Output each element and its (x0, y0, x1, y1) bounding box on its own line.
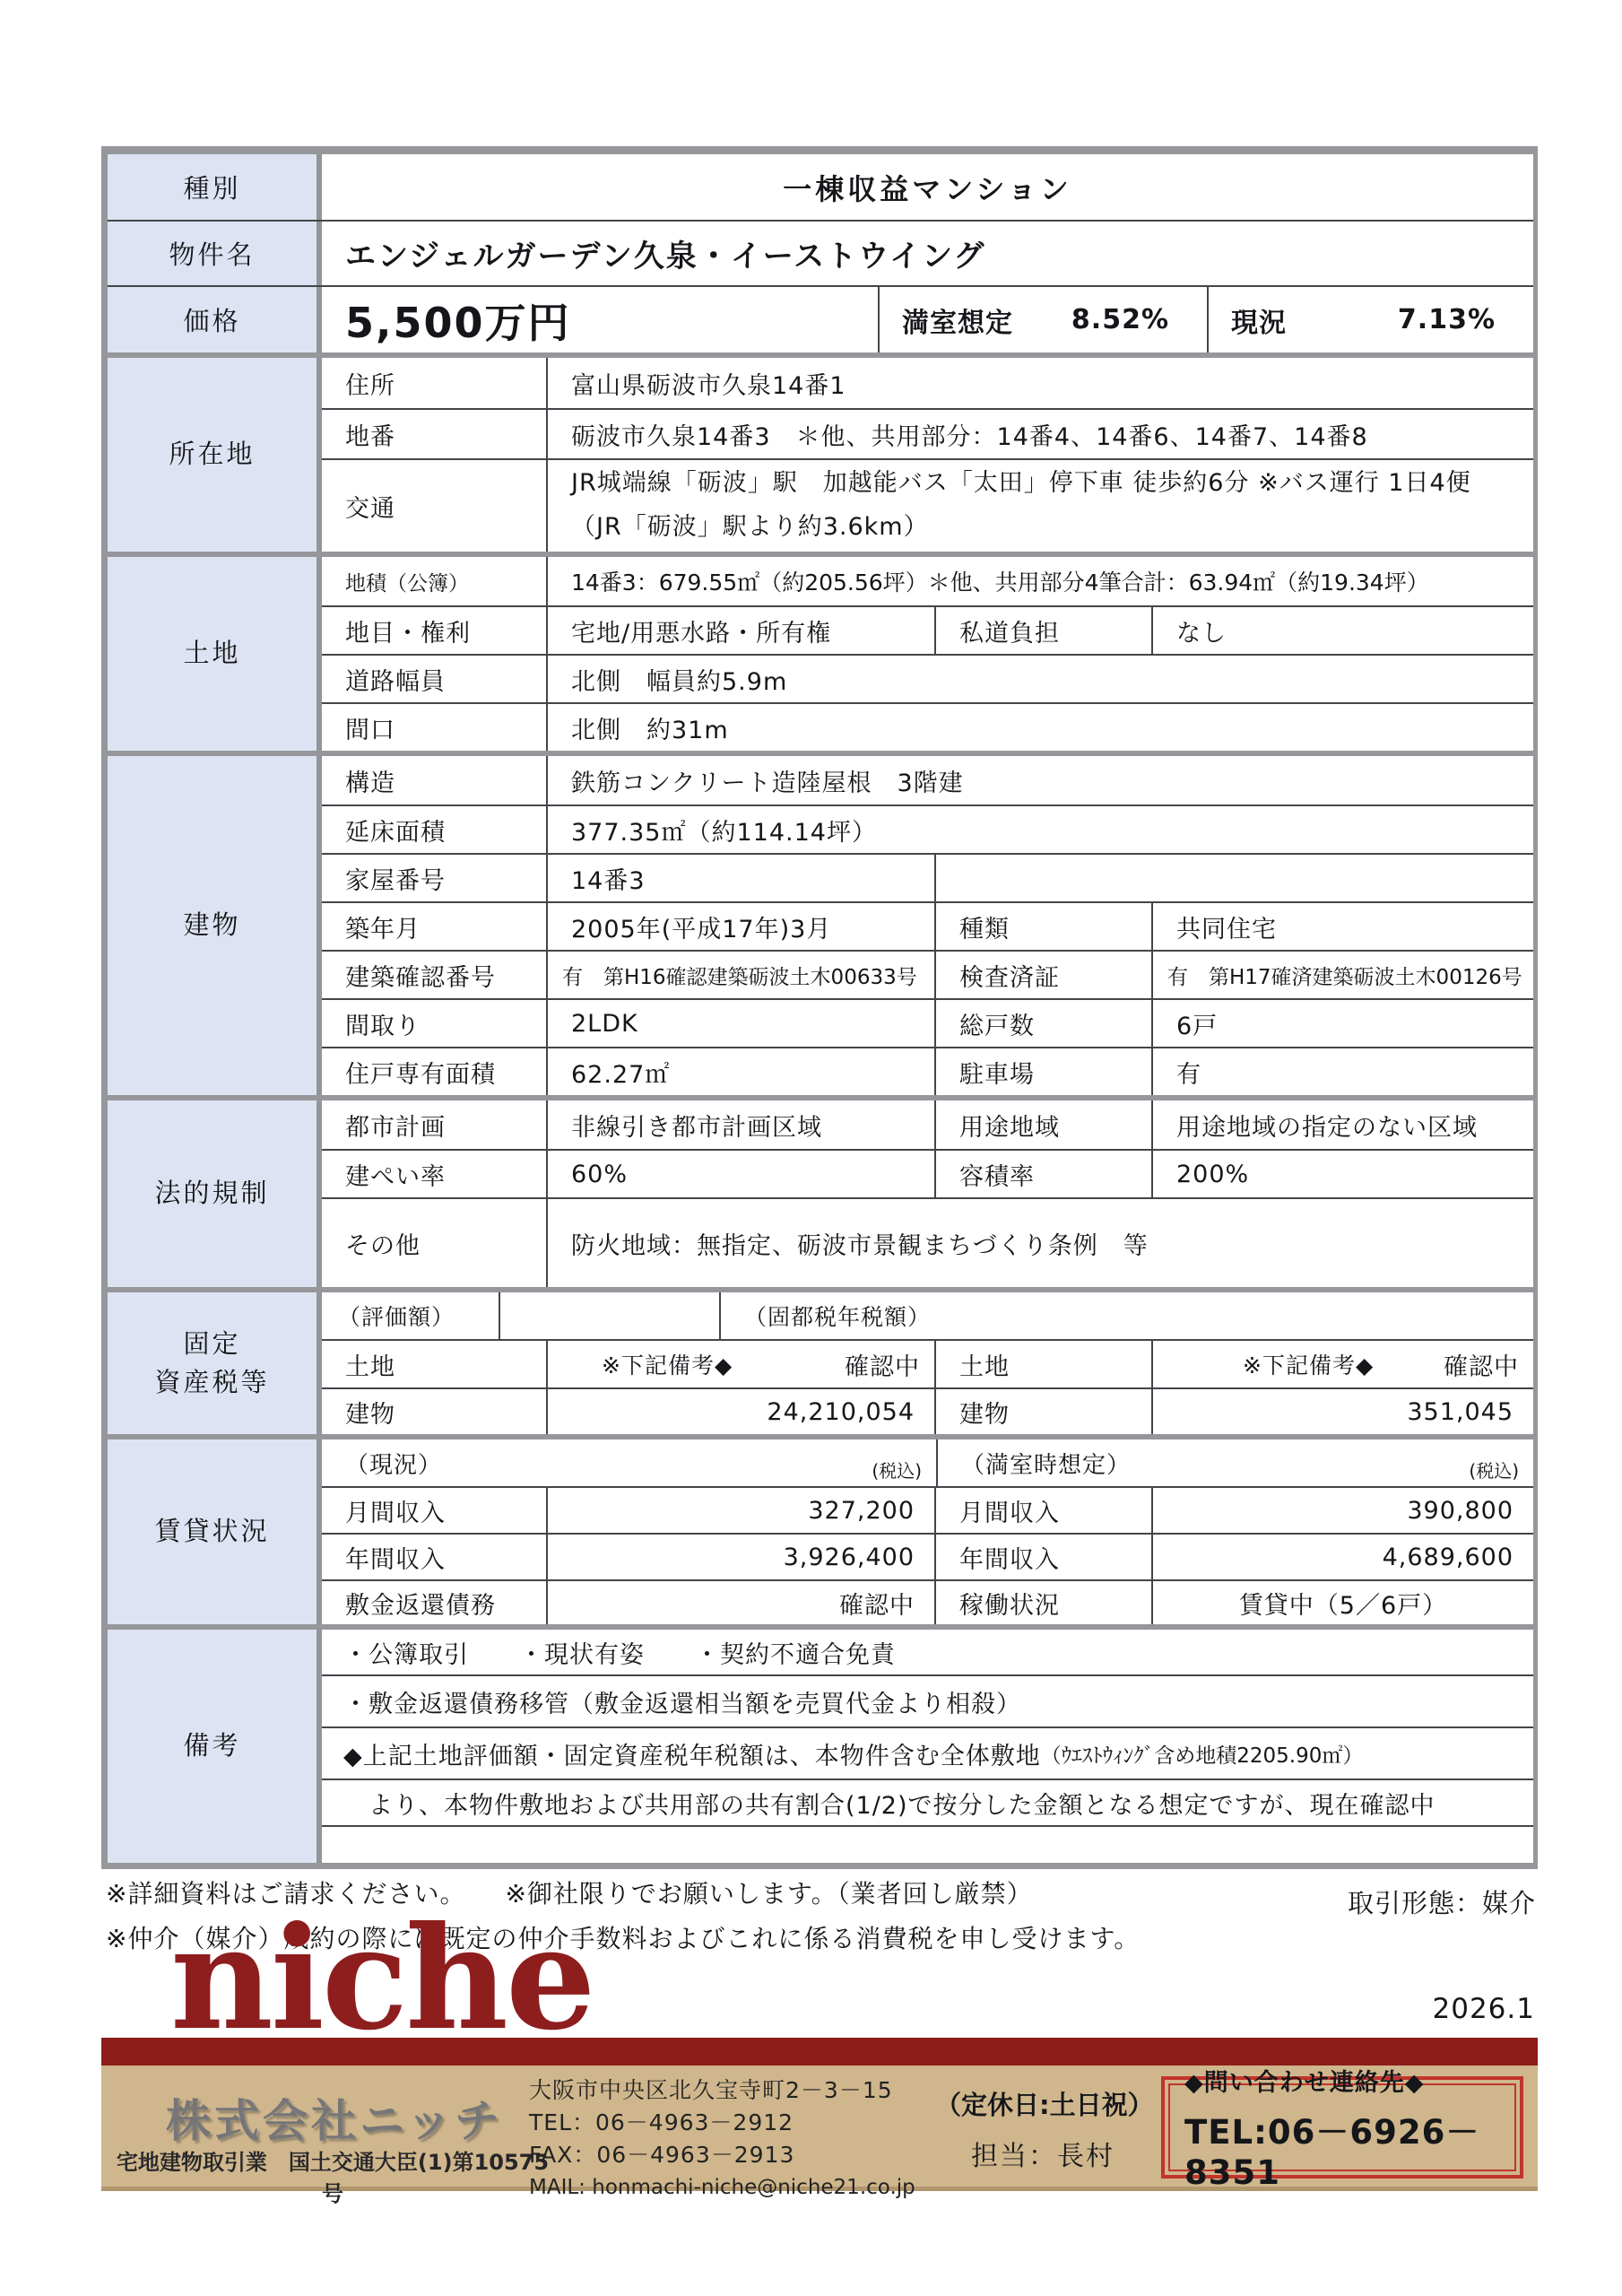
land-section-label: 土地 (108, 557, 322, 751)
land-area-label: 地積（公簿） (322, 557, 546, 605)
units-value: 6戸 (1151, 1000, 1533, 1047)
annual-income-label: 年間収入 (322, 1535, 546, 1579)
rent-current-header-cell: （現況） (税込) (322, 1439, 936, 1486)
company-contact-block: 大阪市中央区北久宝寺町2－3－15 TEL：06－4963－2912 FAX：0… (529, 2074, 915, 2204)
inquiry-title: ◆問い合わせ連絡先◆ (1184, 2063, 1500, 2098)
tax-label-line2: 資産税等 (154, 1363, 269, 1403)
remarks-empty (322, 1827, 1533, 1863)
permit-value: 有 第H16確認建築砺波土木00633号 (546, 952, 934, 998)
legal-other-label: その他 (322, 1199, 546, 1287)
frontage-value: 北側 約31m (546, 704, 1533, 751)
assessed-header: （評価額） (322, 1292, 499, 1339)
zoning-value: 用途地域の指定のない区域 (1151, 1100, 1533, 1149)
inquiry-tel: TEL:06－6926－8351 (1184, 2105, 1500, 2192)
zoning-label: 用途地域 (934, 1100, 1151, 1149)
rent-full-tax-note: (税込) (1469, 1457, 1519, 1483)
assessed-gap (499, 1292, 719, 1339)
row-road-width: 道路幅員 北側 幅員約5.9m (322, 654, 1533, 702)
remarks-row-empty (322, 1825, 1533, 1863)
rent-rows: （現況） (税込) （満室時想定） (税込) 月間収入 327,200 月間収入… (322, 1439, 1533, 1624)
tax-land2-label: 土地 (934, 1341, 1151, 1387)
unit-area-value: 62.27㎡ (546, 1048, 934, 1095)
unit-area-label: 住戸専有面積 (322, 1048, 546, 1095)
row-house-number: 家屋番号 14番3 (322, 853, 1533, 901)
company-tel: TEL：06－4963－2912 (529, 2107, 915, 2139)
company-license: 宅地建物取引業 国土交通大臣(1)第10575号 (108, 2144, 557, 2207)
row-legal-other: その他 防火地域：無指定、砺波市景観まちづくり条例 等 (322, 1197, 1533, 1287)
price-value: 5,500万円 (322, 287, 878, 352)
access-label: 交通 (322, 460, 546, 552)
coverage-label: 建ぺい率 (322, 1151, 546, 1197)
tax-land-cell: ※下記備考◆ 確認中 (546, 1341, 934, 1387)
annual-income-current: 3,926,400 (546, 1535, 934, 1579)
monthly-income-full: 390,800 (1151, 1488, 1533, 1533)
row-lot-number: 地番 砺波市久泉14番3 ＊他、共用部分：14番4、14番6、14番7、14番8 (322, 408, 1533, 458)
row-floor-area: 延床面積 377.35㎡（約114.14坪） (322, 804, 1533, 853)
structure-label: 構造 (322, 756, 546, 804)
section-land: 土地 地積（公簿） 14番3：679.55㎡（約205.56坪）＊他、共用部分4… (108, 552, 1533, 751)
tax-land2-cell: ※下記備考◆ 確認中 (1151, 1341, 1533, 1387)
monthly-income-current: 327,200 (546, 1488, 934, 1533)
frontage-label: 間口 (322, 704, 546, 751)
private-road-value: なし (1151, 607, 1533, 654)
row-city-plan: 都市計画 非線引き都市計画区域 用途地域 用途地域の指定のない区域 (322, 1100, 1533, 1149)
row-type: 種別 一棟収益マンション (108, 154, 1533, 220)
building-rows: 構造 鉄筋コンクリート造陸屋根 3階建 延床面積 377.35㎡（約114.14… (322, 756, 1533, 1095)
layout-label: 間取り (322, 1000, 546, 1047)
section-building: 建物 構造 鉄筋コンクリート造陸屋根 3階建 延床面積 377.35㎡（約114… (108, 751, 1533, 1095)
yield-current-value: 7.13% (1398, 304, 1496, 335)
inspection-label: 検査済証 (934, 952, 1151, 998)
inquiry-box: ◆問い合わせ連絡先◆ TEL:06－6926－8351 (1161, 2076, 1523, 2179)
floor-area-value: 377.35㎡（約114.14坪） (546, 806, 1533, 853)
rent-current-tax-note: (税込) (872, 1457, 922, 1483)
far-value: 200% (1151, 1151, 1533, 1197)
row-rent-header: （現況） (税込) （満室時想定） (税込) (322, 1439, 1533, 1486)
row-coverage: 建ぺい率 60% 容積率 200% (322, 1149, 1533, 1197)
price-label: 価格 (108, 287, 322, 352)
row-access: 交通 JR城端線「砺波」駅 加越能バス「太田」停下車 徒歩約6分 ※バス運行 1… (322, 458, 1533, 552)
land-rows: 地積（公簿） 14番3：679.55㎡（約205.56坪）＊他、共用部分4筆合計… (322, 557, 1533, 751)
kind-label: 種類 (934, 903, 1151, 950)
address-label: 住所 (322, 358, 546, 408)
far-label: 容積率 (934, 1151, 1151, 1197)
remarks-rows: ・公簿取引 ・現状有姿 ・契約不適合免責 ・敷金返還債務移管（敷金返還相当額を売… (322, 1630, 1533, 1863)
structure-value: 鉄筋コンクリート造陸屋根 3階建 (546, 756, 1533, 804)
location-rows: 住所 富山県砺波市久泉14番1 地番 砺波市久泉14番3 ＊他、共用部分：14番… (322, 358, 1533, 552)
document-date: 2026.1 (1433, 1993, 1535, 2025)
tax-section-label: 固定 資産税等 (108, 1292, 322, 1434)
property-flyer-page: 種別 一棟収益マンション 物件名 エンジェルガーデン久泉・イーストウイング 価格… (0, 0, 1622, 2296)
section-rent: 賃貸状況 （現況） (税込) （満室時想定） (税込) 月間収入 327,200… (108, 1434, 1533, 1624)
row-monthly-income: 月間収入 327,200 月間収入 390,800 (322, 1486, 1533, 1533)
annual-income-full: 4,689,600 (1151, 1535, 1533, 1579)
city-plan-label: 都市計画 (322, 1100, 546, 1149)
tax-land2-note: ※下記備考◆ (1243, 1348, 1374, 1380)
footer-red-bar (101, 2038, 1538, 2066)
address-value: 富山県砺波市久泉14番1 (546, 358, 1533, 408)
land-category-value: 宅地/用悪水路・所有権 (546, 607, 934, 654)
tax-land-value: 確認中 (845, 1347, 920, 1382)
row-deposit: 敷金返還債務 確認中 稼働状況 賃貸中（5／6戸） (322, 1579, 1533, 1624)
road-width-label: 道路幅員 (322, 656, 546, 702)
location-section-label: 所在地 (108, 358, 322, 552)
remarks-line4: より、本物件敷地および共用部の共有割合(1/2)で按分した金額となる想定ですが、… (322, 1780, 1533, 1825)
yield-current-label: 現況 (1231, 300, 1287, 340)
transaction-type: 取引形態：媒介 (1348, 1883, 1536, 1920)
built-label: 築年月 (322, 903, 546, 950)
rent-full-header: （満室時想定） (961, 1447, 1131, 1480)
remarks-row-1: ・公簿取引 ・現状有姿 ・契約不適合免責 (322, 1630, 1533, 1674)
yield-full-value: 8.52% (1071, 304, 1169, 335)
tax-building-value: 24,210,054 (546, 1389, 934, 1434)
access-line2: （JR「砺波」駅より約3.6km） (571, 506, 929, 550)
section-tax: 固定 資産税等 （評価額） （固都税年税額） 土地 ※下記備考◆ 確認中 土地 (108, 1287, 1533, 1434)
permit-label: 建築確認番号 (322, 952, 546, 998)
legal-other-value: 防火地域：無指定、砺波市景観まちづくり条例 等 (546, 1199, 1533, 1287)
row-built: 築年月 2005年(平成17年)3月 種類 共同住宅 (322, 901, 1533, 950)
lot-label: 地番 (322, 410, 546, 458)
remarks-row-3: ◆上記土地評価額・固定資産税年税額は、本物件含む全体敷地 （ｳｴｽﾄｳｨﾝｸﾞ含… (322, 1726, 1533, 1779)
land-area-value: 14番3：679.55㎡（約205.56坪）＊他、共用部分4筆合計：63.94㎡… (546, 557, 1533, 605)
remarks-row-2: ・敷金返還債務移管（敷金返還相当額を売買代金より相殺） (322, 1674, 1533, 1726)
name-value: エンジェルガーデン久泉・イーストウイング (322, 222, 1533, 285)
tax-building2-label: 建物 (934, 1389, 1151, 1434)
access-line1: JR城端線「砺波」駅 加越能バス「太田」停下車 徒歩約6分 ※バス運行 1日4便 (571, 462, 1471, 506)
company-holiday: （定休日:土日祝） (935, 2085, 1150, 2122)
remarks-line3-main: ◆上記土地評価額・固定資産税年税額は、本物件含む全体敷地 (343, 1736, 1041, 1771)
tax-building-label: 建物 (322, 1389, 546, 1434)
deposit-value: 確認中 (546, 1581, 934, 1624)
lot-value: 砺波市久泉14番3 ＊他、共用部分：14番4、14番6、14番7、14番8 (546, 410, 1533, 458)
summary-rows: 種別 一棟収益マンション 物件名 エンジェルガーデン久泉・イーストウイング 価格… (108, 154, 1533, 352)
company-address: 大阪市中央区北久宝寺町2－3－15 (529, 2074, 915, 2107)
road-width-value: 北側 幅員約5.9m (546, 656, 1533, 702)
house-number-empty (934, 855, 1533, 901)
property-table: 種別 一棟収益マンション 物件名 エンジェルガーデン久泉・イーストウイング 価格… (101, 146, 1538, 1869)
section-location: 所在地 住所 富山県砺波市久泉14番1 地番 砺波市久泉14番3 ＊他、共用部分… (108, 352, 1533, 552)
monthly-income-full-label: 月間収入 (934, 1488, 1151, 1533)
row-land-area: 地積（公簿） 14番3：679.55㎡（約205.56坪）＊他、共用部分4筆合計… (322, 557, 1533, 605)
access-value: JR城端線「砺波」駅 加越能バス「太田」停下車 徒歩約6分 ※バス運行 1日4便… (546, 460, 1533, 552)
yield-full-cell: 満室想定 8.52% (878, 287, 1207, 352)
occupancy-label: 稼働状況 (934, 1581, 1151, 1624)
floor-area-label: 延床面積 (322, 806, 546, 853)
section-legal: 法的規制 都市計画 非線引き都市計画区域 用途地域 用途地域の指定のない区域 建… (108, 1095, 1533, 1287)
inspection-value: 有 第H17確済建築砺波土木00126号 (1151, 952, 1533, 998)
row-address: 住所 富山県砺波市久泉14番1 (322, 358, 1533, 408)
row-tax-header: （評価額） （固都税年税額） (322, 1292, 1533, 1339)
row-tax-land: 土地 ※下記備考◆ 確認中 土地 ※下記備考◆ 確認中 (322, 1339, 1533, 1387)
tax-building2-value: 351,045 (1151, 1389, 1533, 1434)
niche-logo: niche (170, 1909, 594, 2050)
annual-tax-header: （固都税年税額） (719, 1292, 1533, 1339)
building-section-label: 建物 (108, 756, 322, 1095)
parking-label: 駐車場 (934, 1048, 1151, 1095)
kind-value: 共同住宅 (1151, 903, 1533, 950)
parking-value: 有 (1151, 1048, 1533, 1095)
tax-rows: （評価額） （固都税年税額） 土地 ※下記備考◆ 確認中 土地 ※下記備考◆ 確… (322, 1292, 1533, 1434)
remarks-section-label: 備考 (108, 1630, 322, 1863)
rent-section-label: 賃貸状況 (108, 1439, 322, 1624)
row-layout: 間取り 2LDK 総戸数 6戸 (322, 998, 1533, 1047)
row-price: 価格 5,500万円 満室想定 8.52% 現況 7.13% (108, 285, 1533, 352)
inquiry-box-inner: ◆問い合わせ連絡先◆ TEL:06－6926－8351 (1168, 2083, 1516, 2171)
tax-land-note: ※下記備考◆ (602, 1348, 733, 1380)
occupancy-value: 賃貸中（5／6戸） (1151, 1581, 1533, 1624)
remarks-line1: ・公簿取引 ・現状有姿 ・契約不適合免責 (322, 1630, 1533, 1674)
row-annual-income: 年間収入 3,926,400 年間収入 4,689,600 (322, 1533, 1533, 1579)
remarks-line3: ◆上記土地評価額・固定資産税年税額は、本物件含む全体敷地 （ｳｴｽﾄｳｨﾝｸﾞ含… (322, 1728, 1533, 1779)
yield-current-cell: 現況 7.13% (1207, 287, 1533, 352)
tax-land2-value: 確認中 (1444, 1347, 1519, 1382)
row-frontage: 間口 北側 約31m (322, 702, 1533, 751)
row-permit: 建築確認番号 有 第H16確認建築砺波土木00633号 検査済証 有 第H17確… (322, 950, 1533, 998)
tax-land-label: 土地 (322, 1341, 546, 1387)
legal-section-label: 法的規制 (108, 1100, 322, 1287)
row-unit-area: 住戸専有面積 62.27㎡ 駐車場 有 (322, 1047, 1533, 1095)
units-label: 総戸数 (934, 1000, 1151, 1047)
type-value: 一棟収益マンション (322, 154, 1533, 220)
coverage-value: 60% (546, 1151, 934, 1197)
remarks-line3-sub: （ｳｴｽﾄｳｨﾝｸﾞ含め地積2205.90㎡） (1041, 1739, 1364, 1769)
house-number-label: 家屋番号 (322, 855, 546, 901)
footer-company-band: 株式会社ニッチ 宅地建物取引業 国土交通大臣(1)第10575号 大阪市中央区北… (101, 2066, 1538, 2191)
company-name: 株式会社ニッチ (155, 2085, 514, 2150)
yield-full-label: 満室想定 (902, 300, 1013, 340)
rent-current-header: （現況） (345, 1447, 442, 1480)
private-road-label: 私道負担 (934, 607, 1151, 654)
deposit-label: 敷金返還債務 (322, 1581, 546, 1624)
company-mail: MAIL: honmachi-niche@niche21.co.jp (529, 2171, 915, 2204)
built-value: 2005年(平成17年)3月 (546, 903, 934, 950)
house-number-value: 14番3 (546, 855, 934, 901)
monthly-income-label: 月間収入 (322, 1488, 546, 1533)
remarks-row-4: より、本物件敷地および共用部の共有割合(1/2)で按分した金額となる想定ですが、… (322, 1779, 1533, 1825)
legal-rows: 都市計画 非線引き都市計画区域 用途地域 用途地域の指定のない区域 建ぺい率 6… (322, 1100, 1533, 1287)
remarks-line2: ・敷金返還債務移管（敷金返還相当額を売買代金より相殺） (322, 1676, 1533, 1726)
row-land-category: 地目・権利 宅地/用悪水路・所有権 私道負担 なし (322, 605, 1533, 654)
annual-income-full-label: 年間収入 (934, 1535, 1151, 1579)
type-label: 種別 (108, 154, 322, 220)
land-category-label: 地目・権利 (322, 607, 546, 654)
row-tax-building: 建物 24,210,054 建物 351,045 (322, 1387, 1533, 1434)
row-name: 物件名 エンジェルガーデン久泉・イーストウイング (108, 220, 1533, 285)
layout-value: 2LDK (546, 1000, 934, 1047)
city-plan-value: 非線引き都市計画区域 (546, 1100, 934, 1149)
section-remarks: 備考 ・公簿取引 ・現状有姿 ・契約不適合免責 ・敷金返還債務移管（敷金返還相当… (108, 1624, 1533, 1863)
rent-full-header-cell: （満室時想定） (税込) (936, 1439, 1533, 1486)
row-structure: 構造 鉄筋コンクリート造陸屋根 3階建 (322, 756, 1533, 804)
section-summary: 種別 一棟収益マンション 物件名 エンジェルガーデン久泉・イーストウイング 価格… (108, 154, 1533, 352)
company-fax: FAX：06－4963－2913 (529, 2139, 915, 2171)
contact-agent: 担当：長村 (935, 2134, 1150, 2173)
name-label: 物件名 (108, 222, 322, 285)
tax-label-line1: 固定 (183, 1325, 240, 1364)
